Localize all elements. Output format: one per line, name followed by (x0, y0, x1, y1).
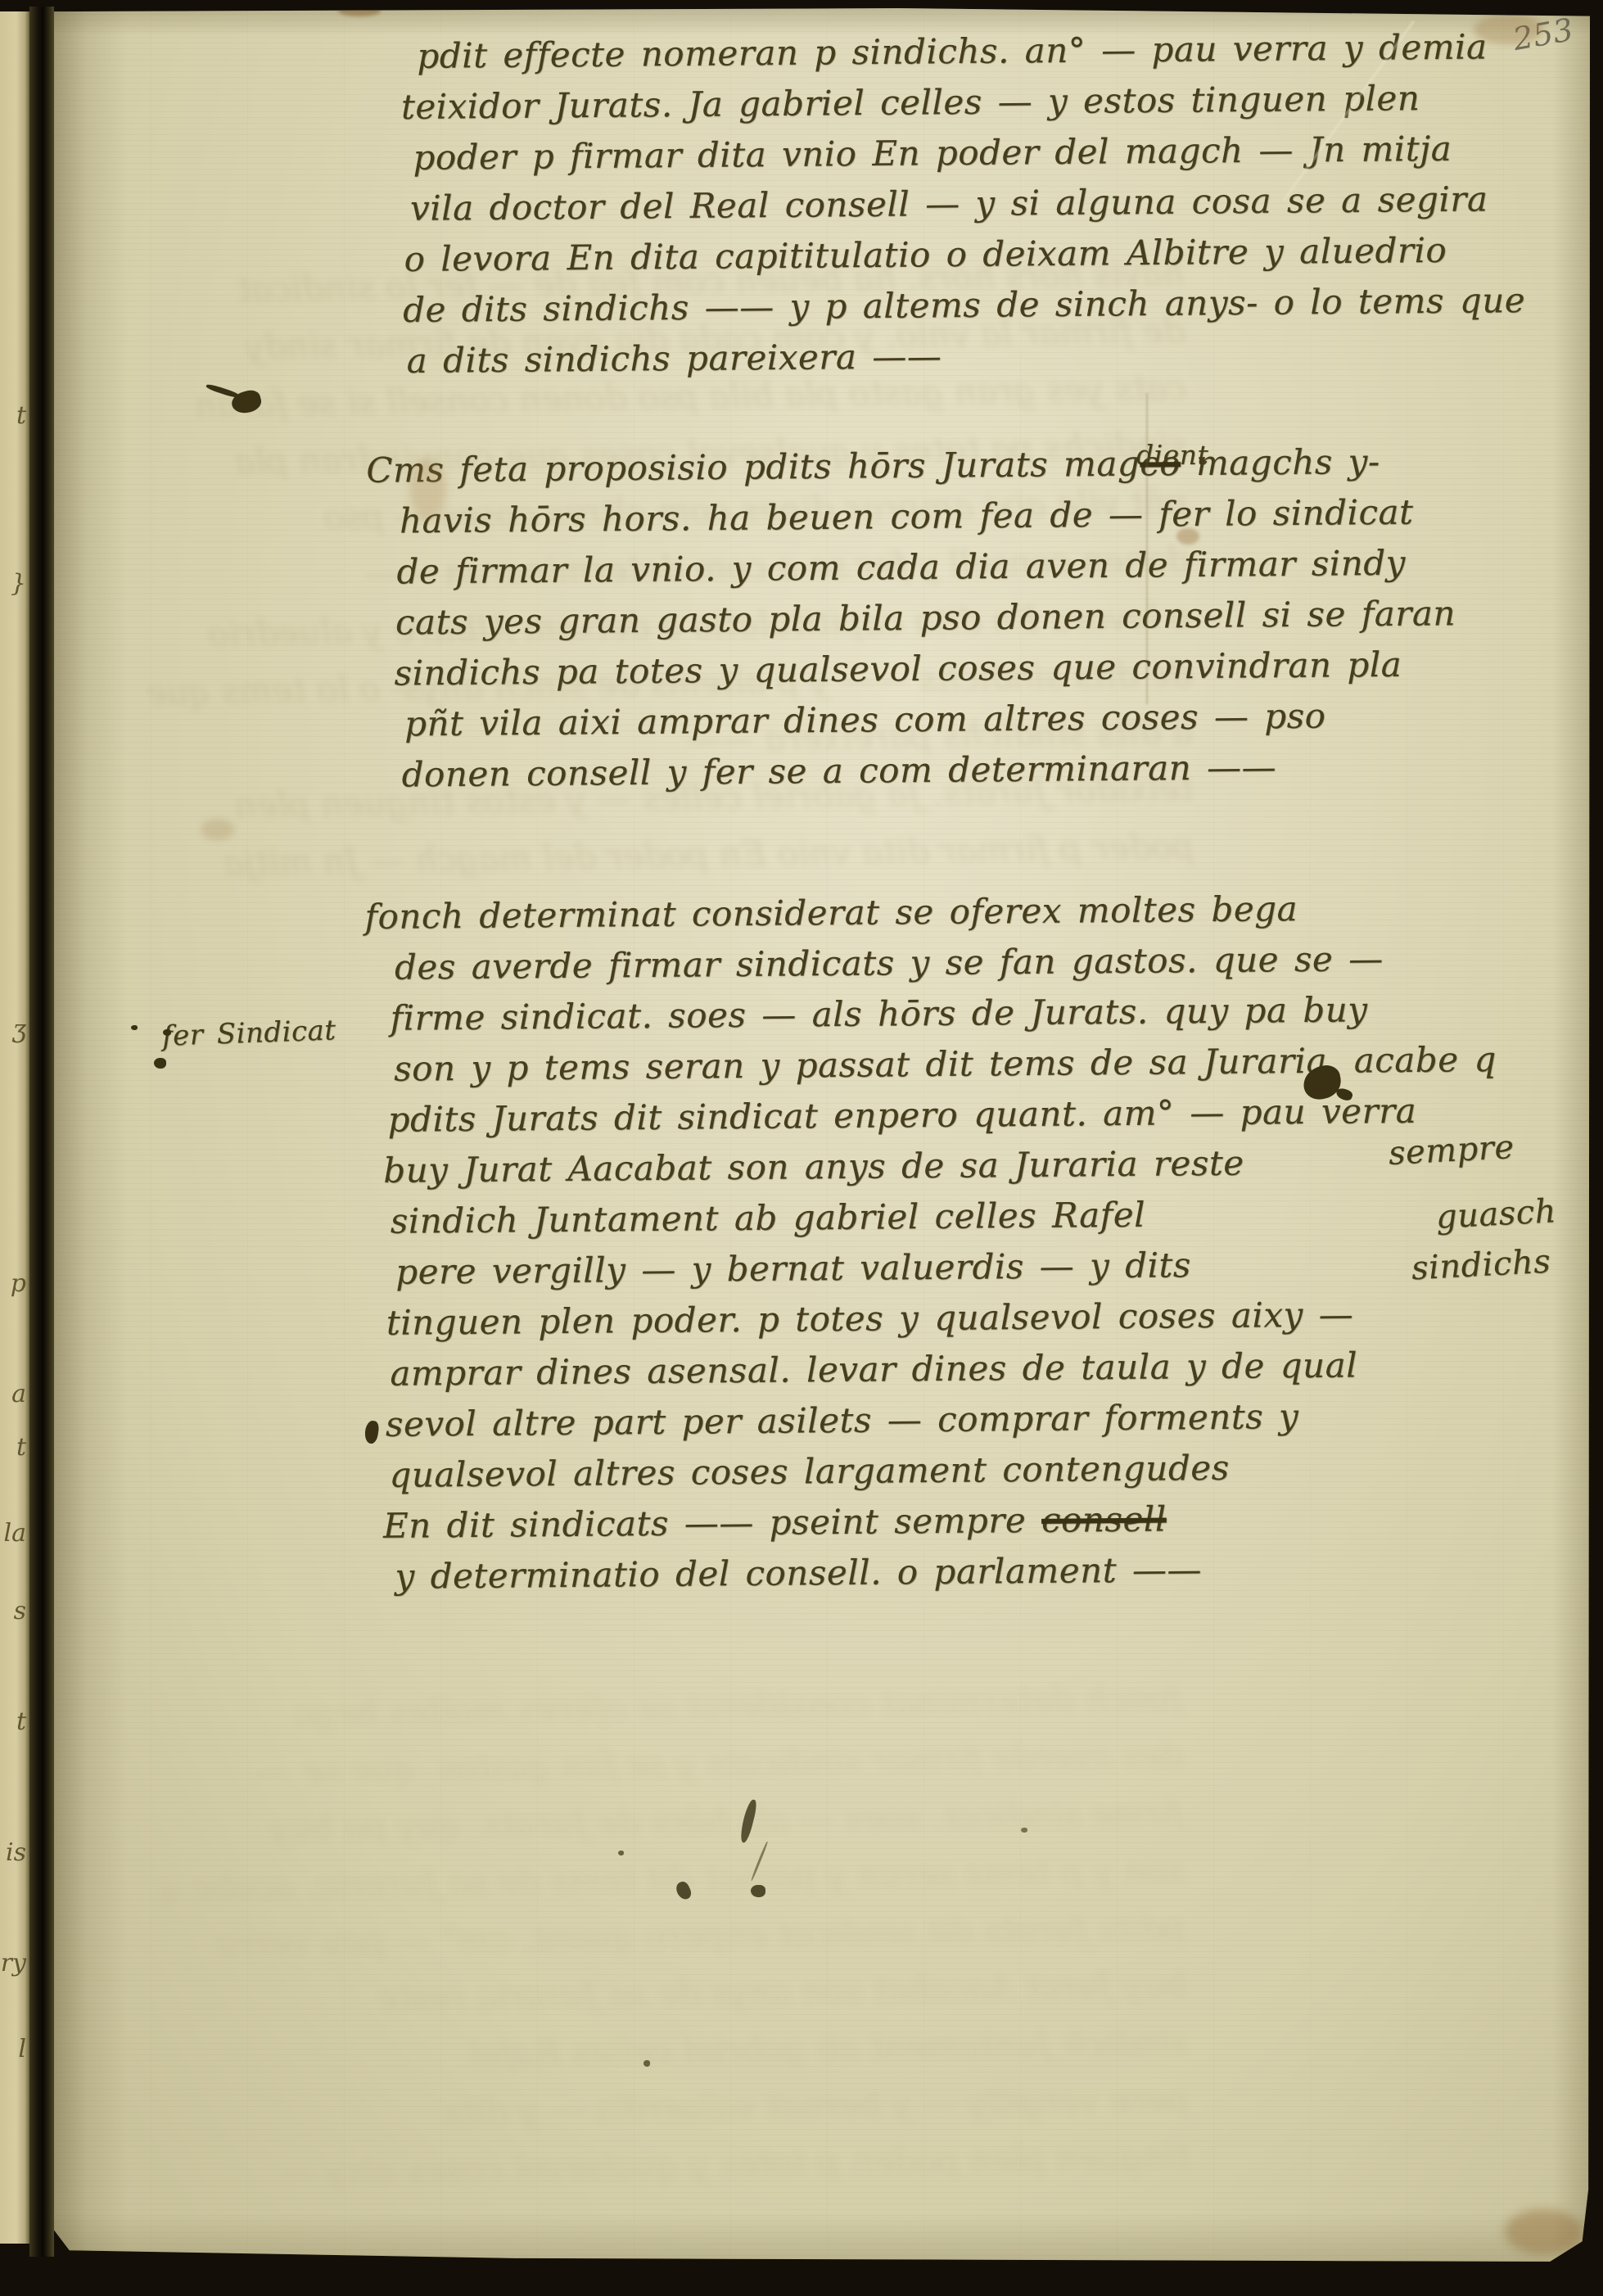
text-line: de firmar la vnio. y com cada dia aven d… (396, 537, 1455, 597)
stain-bottom-right (1505, 2209, 1583, 2254)
raised-word-sindichs: sindichs (1411, 1243, 1551, 1288)
raised-word-sempre: sempre (1388, 1128, 1515, 1173)
ink-speck (163, 1029, 171, 1036)
struck-word: consell (1041, 1499, 1167, 1540)
ink-speck (618, 1851, 624, 1855)
paragraph-3: fonch determinat considerat se oferex mo… (364, 882, 1501, 1602)
ink-speck (154, 1058, 166, 1069)
edge-fragment: t (16, 1433, 26, 1462)
text-line: des averde firmar sindicats y se fan gas… (395, 933, 1496, 993)
text-line: havis hōrs hors. ha beuen com fea de — f… (400, 486, 1455, 546)
edge-fragment: ʒ (12, 1015, 26, 1044)
edge-fragment: t (16, 1707, 26, 1736)
text-line: pdit effecte nomeran p sindichs. an° — p… (417, 21, 1524, 82)
stain (201, 819, 234, 840)
text-line: y determinatio del consell. o parlament … (395, 1542, 1501, 1602)
edge-fragment: p (11, 1269, 26, 1298)
paragraph-1: pdit effecte nomeran p sindichs. an° — p… (400, 21, 1526, 386)
text-line: amprar dines asensal. levar dines de tau… (390, 1339, 1499, 1399)
paragraph-2: Cms feta proposisio pdits hōrs Jurats ma… (366, 436, 1457, 801)
edge-fragment: ry (1, 1949, 26, 1977)
edge-fragment: l (18, 2035, 26, 2063)
text-line: firme sindicat. soes — als hōrs de Jurat… (390, 983, 1496, 1044)
text-line: tinguen plen poder. p totes y qualsevol … (386, 1288, 1499, 1349)
text-segment: En dit sindicats —— pseint sempre (383, 1500, 1041, 1546)
text-segment: Cms feta proposisio pdits hōrs Jurats ma… (366, 444, 1140, 490)
text-line: de dits sindichs —— y p altems de sinch … (403, 275, 1526, 336)
edge-fragment: la (4, 1519, 26, 1548)
stain-top-right (1474, 15, 1543, 44)
edge-fragment: is (6, 1838, 26, 1867)
crease-vertical (1146, 393, 1148, 704)
gutter-shadow (29, 7, 54, 2257)
text-line: sindichs pa totes y qualsevol coses que … (394, 639, 1456, 698)
stain-top (338, 5, 381, 16)
stain (1176, 528, 1199, 545)
text-line: cats yes gran gasto pla bila pso donen c… (395, 588, 1456, 648)
ink-speck (131, 1025, 138, 1030)
text-line: sindich Juntament ab gabriel celles Rafe… (390, 1186, 1497, 1247)
stain (409, 459, 446, 520)
text-line: pere vergilly — y bernat valuerdis — y d… (395, 1237, 1498, 1298)
text-line: poder p firmar dita vnio En poder del ma… (413, 123, 1524, 183)
raised-word-guasch: guasch (1435, 1192, 1557, 1236)
manuscript-scan: t } ʒ p a t la s t is ry l havis hōrs ho… (0, 0, 1603, 2296)
text-segment: magchs y- (1181, 441, 1380, 483)
ink-speck (643, 2060, 650, 2067)
manuscript-page: havis hōrs hors. ha beuen com fea de — f… (54, 8, 1590, 2262)
edge-fragment: s (14, 1597, 26, 1625)
text-line: qualsevol altres coses largament conteng… (389, 1440, 1500, 1501)
ink-speck (1021, 1828, 1027, 1833)
text-line: a dits sindichs pareixera —— (406, 326, 1526, 386)
facing-page-edge: t } ʒ p a t la s t is ry l (0, 11, 29, 2244)
edge-fragment: a (11, 1380, 26, 1408)
margin-note: fer Sindicat (161, 1014, 336, 1052)
ink-speck (751, 1885, 765, 1897)
edge-fragment: } (11, 569, 26, 598)
text-line: pñt vila aixi amprar dines com altres co… (404, 689, 1456, 749)
edge-fragment: t (16, 401, 26, 430)
text-line: donen consell y fer se a com determinara… (401, 740, 1456, 800)
text-line: Cms feta proposisio pdits hōrs Jurats ma… (366, 436, 1454, 496)
